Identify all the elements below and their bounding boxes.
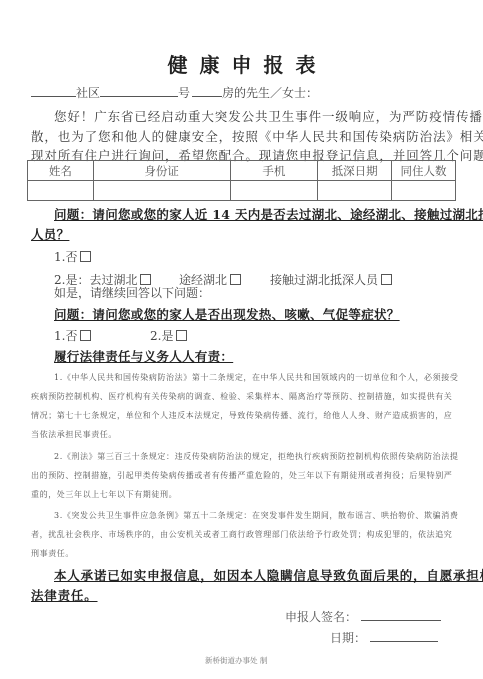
- q1-transit-hubei-checkbox[interactable]: [230, 274, 241, 285]
- table-header-row: 姓名 身份证 手机 抵深日期 同住人数: [28, 161, 456, 181]
- legal-item-3-line-3: 刑事责任。: [31, 548, 74, 559]
- legal-heading: 履行法律责任与义务人人有责：: [54, 347, 233, 365]
- id-card-cell[interactable]: [93, 181, 230, 201]
- cohabitants-cell[interactable]: [392, 181, 456, 201]
- legal-item-3-line-2: 者，扰乱社会秩序、市场秩序的，由公安机关或者工商行政管理部门依法给予行政处罚；构…: [31, 529, 452, 540]
- address-line: 社区号房的先生／女士：: [31, 84, 318, 101]
- room-blank[interactable]: [192, 85, 222, 97]
- signer-label: 申报人签名：: [285, 610, 357, 624]
- q1-followup: 如是，请继续回答以下问题：: [54, 284, 210, 301]
- legal-item-2-line-1: 2.《刑法》第三百三十条规定：违反传染病防治法的规定，拒绝执行疾病预防控制机构依…: [54, 451, 458, 462]
- q2-option-yes: 2.是: [150, 327, 187, 344]
- legal-item-2-line-3: 重的，处三年以上七年以下有期徒刑。: [31, 489, 177, 500]
- q2-option-no: 1.否: [54, 327, 91, 344]
- q1-option-no[interactable]: 1.否: [54, 248, 91, 265]
- info-table: 姓名 身份证 手机 抵深日期 同住人数: [27, 160, 456, 201]
- header-name: 姓名: [28, 161, 94, 181]
- community-label: 社区: [76, 86, 100, 100]
- q1-contact-label: 接触过湖北抵深人员: [270, 273, 378, 287]
- q1-option-contact: 接触过湖北抵深人员: [270, 271, 392, 288]
- pledge-line-2: 法律责任。: [31, 586, 98, 604]
- legal-item-1-line-3: 情况；第七十七条规定，单位和个人违反本法规定，导致传染病传播、流行，给他人人身、…: [31, 410, 452, 421]
- signer-blank[interactable]: [361, 609, 441, 621]
- intro-line-1: 您好！广东省已经启动重大突发公共卫生事件一级响应，为严防疫情传播和扩: [54, 107, 483, 125]
- footer-issuer: 新桥街道办事处 制: [205, 655, 267, 666]
- arrival-date-cell[interactable]: [318, 181, 392, 201]
- legal-item-1-line-2: 疾病预防控制机构、医疗机构有关传染病的调查、检验、采集样本、隔离治疗等预防、控制…: [31, 391, 452, 402]
- legal-item-1-line-1: 1.《中华人民共和国传染病防治法》第十二条规定，在中华人民共和国领域内的一切单位…: [54, 372, 458, 383]
- date-row: 日期：: [330, 629, 438, 646]
- question-2: 问题：请问您或您的家人是否出现发热、咳嗽、气促等症状？: [54, 305, 400, 323]
- table-row: [28, 181, 456, 201]
- header-id-card: 身份证: [93, 161, 230, 181]
- q1-no-checkbox[interactable]: [80, 251, 91, 262]
- q2-no-checkbox[interactable]: [80, 330, 91, 341]
- date-blank[interactable]: [370, 630, 438, 642]
- legal-item-2-line-2: 出的预防、控制措施，引起甲类传染病传播或者有传播严重危险的，处三年以下有期徒刑或…: [31, 470, 452, 481]
- q2-option-yes-label: 2.是: [150, 329, 173, 343]
- q2-yes-checkbox[interactable]: [176, 330, 187, 341]
- q2-option-no-label: 1.否: [54, 329, 77, 343]
- question-1-line-1: 问题：请问您或您的家人近 14 天内是否去过湖北、途经湖北、接触过湖北抵深: [54, 205, 483, 223]
- phone-cell[interactable]: [230, 181, 318, 201]
- intro-line-2: 散，也为了您和他人的健康安全，按照《中华人民共和国传染病防治法》相关规定，: [31, 127, 483, 145]
- legal-item-3-line-1: 3.《突发公共卫生事件应急条例》第五十二条规定：在突发事件发生期间，散布谣言、哄…: [54, 510, 458, 521]
- form-title: 健康申报表: [0, 49, 483, 78]
- date-label: 日期：: [330, 631, 366, 645]
- header-cohabitants: 同住人数: [392, 161, 456, 181]
- signer-row: 申报人签名：: [285, 608, 441, 625]
- header-phone: 手机: [230, 161, 318, 181]
- name-cell[interactable]: [28, 181, 94, 201]
- legal-item-1-line-4: 当依法承担民事责任。: [31, 429, 117, 440]
- building-blank[interactable]: [100, 85, 178, 97]
- header-arrival-date: 抵深日期: [318, 161, 392, 181]
- pledge-line-1: 本人承诺已如实申报信息，如因本人隐瞒信息导致负面后果的，自愿承担相关: [54, 566, 483, 584]
- number-label: 号: [178, 86, 190, 100]
- q1-contact-checkbox[interactable]: [381, 274, 392, 285]
- community-blank[interactable]: [31, 85, 76, 97]
- question-1-line-2: 人员？: [31, 225, 69, 243]
- q1-option-no-label: 1.否: [54, 250, 77, 264]
- room-label: 房的先生／女士：: [222, 86, 318, 100]
